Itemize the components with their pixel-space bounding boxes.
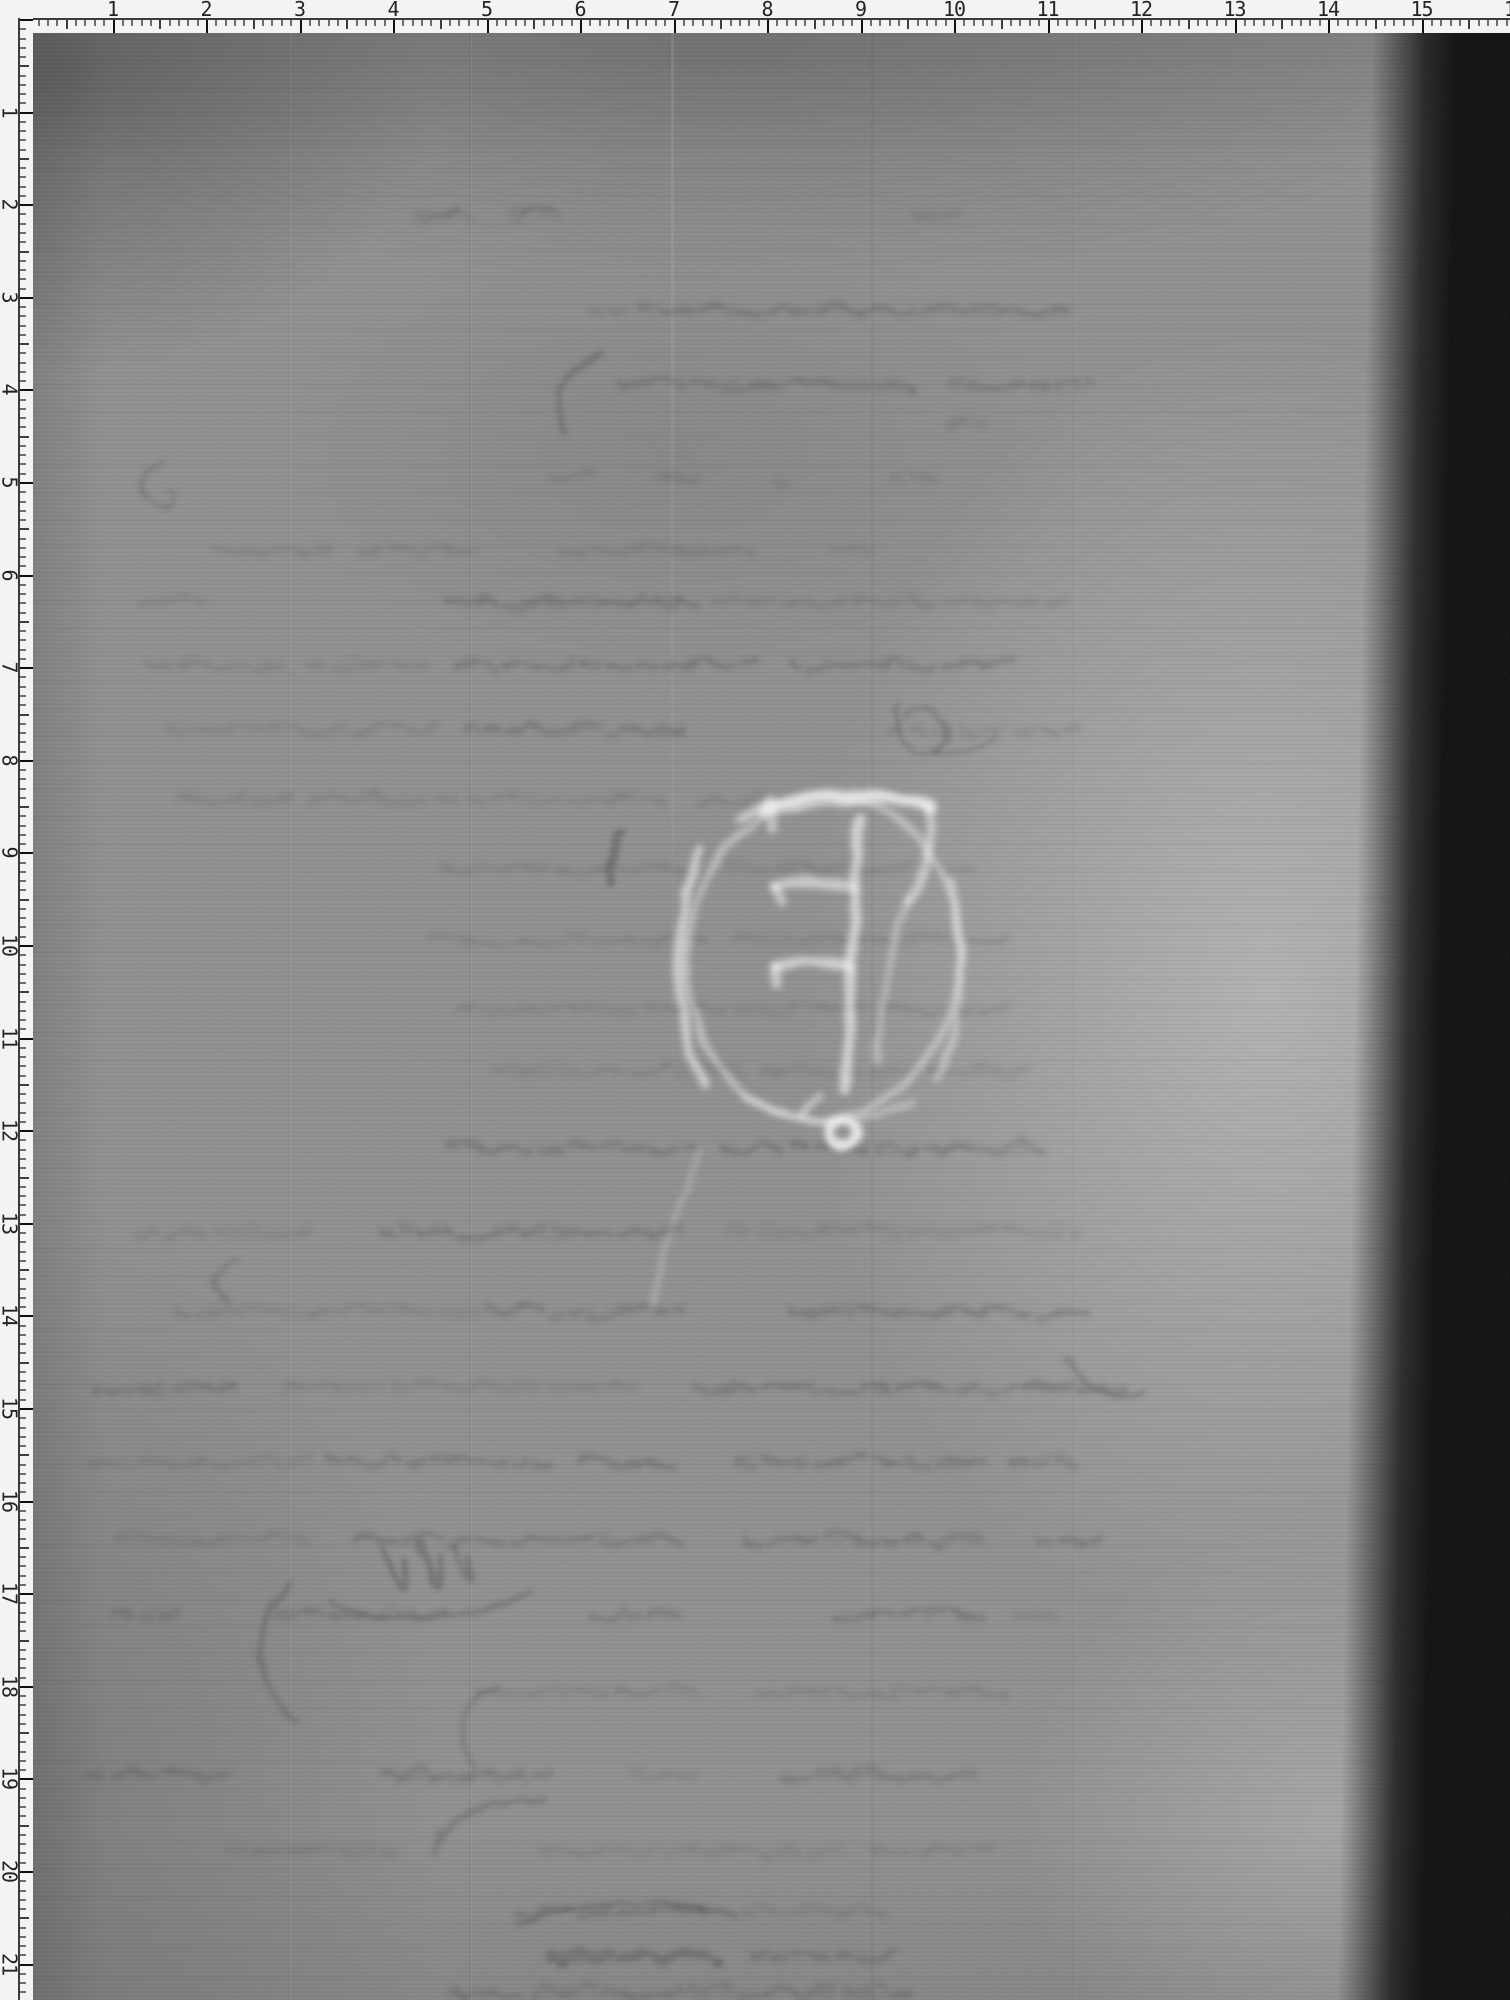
ruler-tick [1384, 18, 1386, 26]
ruler-tick [18, 658, 26, 660]
ruler-tick [18, 371, 26, 373]
ruler-tick [18, 1927, 26, 1929]
ruler-tick [94, 18, 96, 26]
ruler-tick [664, 18, 666, 26]
ruler-tick [18, 121, 26, 123]
ruler-tick [18, 473, 26, 475]
ruler-tick [1066, 18, 1068, 26]
ruler-tick [18, 1121, 26, 1123]
ruler-tick [18, 1741, 26, 1743]
ruler-tick [18, 510, 26, 512]
ruler-tick [18, 1204, 26, 1206]
ruler-tick [739, 18, 741, 26]
ruler-tick [1291, 18, 1293, 26]
ruler-tick [823, 18, 825, 26]
ruler-tick [18, 269, 26, 271]
ruler-tick [18, 47, 26, 49]
ruler-tick [18, 408, 26, 410]
ruler-tick [18, 1251, 26, 1253]
ruler-tick [1468, 18, 1470, 29]
ruler-tick [18, 889, 26, 891]
ruler-tick [18, 1602, 26, 1604]
ruler-tick [18, 1065, 26, 1067]
chain-line [288, 33, 291, 2000]
ruler-tick [18, 556, 26, 558]
ruler-label: 18 [1, 1675, 18, 1697]
ruler-tick [18, 1084, 29, 1086]
ruler-tick [290, 18, 292, 26]
ruler-tick [18, 1232, 26, 1234]
ruler-tick [1150, 18, 1152, 26]
chain-line [1073, 33, 1076, 2000]
ruler-tick [18, 380, 26, 382]
ruler-label: 15 [1, 1397, 18, 1419]
ruler-tick [18, 56, 26, 58]
ruler-tick [18, 251, 29, 253]
ruler-tick [1178, 18, 1180, 26]
ruler-tick [18, 195, 26, 197]
ruler-tick [18, 1788, 26, 1790]
ruler-label: 19 [1, 1767, 18, 1789]
scan-background [1323, 33, 1510, 2000]
ruler-tick [318, 18, 320, 26]
ruler-tick [18, 1075, 26, 1077]
ruler-tick [1356, 18, 1358, 26]
ruler-tick [720, 18, 722, 29]
ruler-tick [515, 18, 517, 26]
ruler-tick [18, 612, 26, 614]
ruler-tick [1085, 18, 1087, 26]
ruler-tick [18, 1149, 26, 1151]
ruler-tick [18, 1825, 29, 1827]
ruler-tick [18, 1723, 26, 1725]
ruler-tick [982, 18, 984, 26]
chain-line [871, 33, 874, 2000]
ruler-tick [18, 28, 26, 30]
ruler-tick [991, 18, 993, 26]
ruler-tick [1319, 18, 1321, 26]
ruler-label: 10 [1, 934, 18, 956]
ruler-tick [468, 18, 470, 26]
ruler-tick [18, 139, 26, 141]
ruler-label: 1 [107, 1, 118, 18]
ruler-tick [692, 18, 694, 26]
ruler-tick [18, 1362, 29, 1364]
ruler-tick [1225, 18, 1227, 26]
ruler-tick [215, 18, 217, 26]
ruler-tick [18, 815, 26, 817]
ruler-tick [804, 18, 806, 26]
ruler-tick [169, 18, 171, 26]
ruler-tick [1337, 18, 1339, 26]
ruler-tick [18, 843, 26, 845]
ruler-tick [18, 1389, 26, 1391]
ruler-tick [1113, 18, 1115, 26]
ruler-tick [1300, 18, 1302, 26]
ruler-tick [18, 676, 26, 678]
ruler-tick [18, 825, 26, 827]
ruler-tick [18, 445, 26, 447]
ruler-label: 7 [668, 1, 679, 18]
ruler-tick [18, 936, 26, 938]
ruler-tick [18, 38, 26, 40]
ruler-tick [18, 723, 26, 725]
ruler-tick [18, 1621, 26, 1623]
ruler-tick [281, 18, 283, 26]
ruler-tick [851, 18, 853, 26]
ruler-label: 3 [294, 1, 305, 18]
ruler-tick [18, 1751, 26, 1753]
ruler-tick [1496, 18, 1498, 26]
ruler-tick [1104, 18, 1106, 26]
ruler-tick [18, 871, 26, 873]
ruler-tick [18, 982, 26, 984]
ruler-tick [18, 362, 26, 364]
ruler-tick [18, 454, 26, 456]
ruler-tick [18, 1019, 26, 1021]
ruler-tick [18, 1399, 26, 1401]
ruler-tick [18, 306, 26, 308]
ruler-tick [18, 426, 26, 428]
ruler-tick [18, 991, 29, 993]
ruler-tick [18, 630, 26, 632]
ruler-tick [1393, 18, 1395, 26]
ruler-tick [1309, 18, 1311, 26]
ruler-tick [1244, 18, 1246, 26]
ruler-tick [18, 880, 26, 882]
ruler-tick [18, 1186, 26, 1188]
ruler-tick [18, 926, 26, 928]
ruler-tick [1253, 18, 1255, 26]
ruler-label: 11 [1036, 1, 1058, 18]
ruler-tick [1057, 18, 1059, 26]
ruler-tick [842, 18, 844, 26]
ruler-tick [18, 649, 26, 651]
ruler-tick [131, 18, 133, 26]
ruler-tick [18, 1862, 26, 1864]
ruler-tick [18, 1112, 26, 1114]
ruler-tick [141, 18, 143, 26]
ruler-tick [18, 1093, 26, 1095]
ruler-tick [18, 1547, 29, 1549]
ruler-tick [18, 1760, 26, 1762]
ruler-tick [1365, 18, 1367, 26]
ruler-tick [1206, 18, 1208, 26]
ruler-tick [1169, 18, 1171, 26]
ruler-tick [608, 18, 610, 26]
ruler-tick [1076, 18, 1078, 26]
ruler-tick [18, 1454, 29, 1456]
ruler-tick [18, 241, 26, 243]
ruler-top: 012345678910111213141516 [0, 0, 1510, 33]
ruler-tick [18, 501, 26, 503]
ruler-tick [758, 18, 760, 26]
ruler-label: 7 [1, 662, 18, 673]
ruler-label: 14 [1, 1304, 18, 1326]
ruler-tick [18, 732, 26, 734]
ruler-tick [963, 18, 965, 26]
ruler-tick [18, 1565, 26, 1567]
ruler-tick [18, 1352, 26, 1354]
ruler-tick [18, 1704, 26, 1706]
ruler-tick [1094, 18, 1096, 29]
ruler-tick [524, 18, 526, 26]
ruler-tick [711, 18, 713, 26]
ruler-tick [18, 278, 26, 280]
ruler-tick [18, 1630, 26, 1632]
ruler-tick [18, 1945, 26, 1947]
ruler-tick [337, 18, 339, 26]
ruler-tick [18, 1010, 26, 1012]
ruler-tick [18, 167, 26, 169]
ruler-tick [18, 1899, 26, 1901]
ruler-tick [505, 18, 507, 26]
ruler-tick [898, 18, 900, 26]
ruler-tick [262, 18, 264, 26]
ruler-tick [18, 1491, 26, 1493]
ruler-tick [18, 1612, 26, 1614]
ruler-tick [18, 102, 26, 104]
ruler-tick [571, 18, 573, 26]
ruler-tick [178, 18, 180, 26]
ruler-tick [18, 1852, 26, 1854]
ruler-label: 3 [1, 291, 18, 302]
ruler-tick [18, 1843, 26, 1845]
ruler-tick [1160, 18, 1162, 26]
ruler-tick [18, 186, 26, 188]
ruler-tick [1375, 18, 1377, 29]
ruler-tick [18, 1028, 26, 1030]
ruler-tick [730, 18, 732, 26]
ruler-tick [18, 1658, 26, 1660]
ruler-tick [18, 621, 29, 623]
ruler-tick [18, 973, 26, 975]
ruler-tick [533, 18, 535, 29]
ruler-tick [18, 1260, 26, 1262]
ruler-tick [187, 18, 189, 26]
ruler-tick [18, 223, 26, 225]
ruler-tick [935, 18, 937, 26]
ruler-label: 14 [1317, 1, 1339, 18]
ruler-tick [1459, 18, 1461, 26]
ruler-tick [1038, 18, 1040, 26]
ruler-label: 9 [855, 1, 866, 18]
ruler-label: 12 [1, 1119, 18, 1141]
ruler-tick [18, 1473, 26, 1475]
ruler-label: 15 [1410, 1, 1432, 18]
ruler-tick [18, 1991, 26, 1993]
ruler-tick [18, 1890, 26, 1892]
ruler-tick [421, 18, 423, 26]
manuscript-paper [33, 33, 1510, 2000]
ruler-tick [56, 18, 58, 26]
ruler-tick [973, 18, 975, 26]
ruler-tick [18, 547, 26, 549]
ruler-tick [384, 18, 386, 26]
ruler-tick [496, 18, 498, 26]
ruler-tick [18, 176, 26, 178]
ruler-tick [18, 1908, 26, 1910]
ruler-tick [683, 18, 685, 26]
ruler-tick [18, 1640, 29, 1642]
ruler-label: 21 [1, 1953, 18, 1975]
ruler-tick [18, 1464, 26, 1466]
ruler-tick [18, 964, 26, 966]
ruler-tick [225, 18, 227, 26]
ruler-tick [18, 158, 29, 160]
ruler-tick [18, 954, 26, 956]
ruler-tick [18, 593, 26, 595]
ruler-tick [1431, 18, 1433, 26]
ruler-tick [617, 18, 619, 26]
ruler-tick [18, 93, 26, 95]
ruler-tick [18, 1445, 26, 1447]
ruler-tick [18, 1371, 26, 1373]
ruler-tick [18, 315, 26, 317]
ruler-tick [18, 1343, 26, 1345]
ruler-tick [926, 18, 928, 26]
ruler-tick [18, 565, 26, 567]
ruler-tick [18, 1649, 26, 1651]
ruler-tick [18, 639, 26, 641]
ruler-tick [271, 18, 273, 26]
ruler-tick [402, 18, 404, 26]
ruler-tick [18, 1584, 26, 1586]
ruler-tick [18, 1380, 26, 1382]
ruler-tick [1450, 18, 1452, 26]
ruler-tick [18, 1667, 26, 1669]
ruler-tick [18, 1880, 26, 1882]
ruler-tick [18, 1167, 26, 1169]
ruler-tick [18, 862, 26, 864]
ruler-tick [18, 686, 26, 688]
ruler-tick [748, 18, 750, 26]
ruler-tick [328, 18, 330, 26]
ruler-tick [1132, 18, 1134, 26]
ruler-tick [18, 1982, 26, 1984]
ruler-tick [412, 18, 414, 26]
watermark-scan-image: 012345678910111213141516 123456789101112… [0, 0, 1510, 2000]
ruler-label: 9 [1, 847, 18, 858]
ruler-tick [18, 1278, 26, 1280]
ruler-tick [18, 1056, 26, 1058]
fold-line [469, 33, 472, 2000]
ruler-tick [18, 149, 26, 151]
ruler-tick [18, 1297, 26, 1299]
ruler-tick [18, 213, 26, 215]
ruler-tick [18, 1195, 26, 1197]
ruler-tick [1010, 18, 1012, 26]
ruler-tick [702, 18, 704, 26]
ruler-tick [18, 899, 29, 901]
ruler-tick [309, 18, 311, 26]
ruler-tick [18, 1325, 26, 1327]
ruler-tick [18, 1519, 26, 1521]
ruler-tick [1281, 18, 1283, 29]
ruler-tick [1347, 18, 1349, 26]
ruler-tick [18, 1001, 26, 1003]
ruler-tick [18, 75, 26, 77]
ruler-tick [18, 1214, 26, 1216]
ruler-tick [18, 1815, 26, 1817]
ruler-tick [18, 704, 26, 706]
ruler-tick [18, 908, 26, 910]
ruler-tick [18, 1714, 26, 1716]
ruler-tick [655, 18, 657, 26]
ruler-tick [18, 806, 29, 808]
ruler-tick [18, 343, 29, 345]
ruler-label: 20 [1, 1860, 18, 1882]
ruler-tick [18, 352, 26, 354]
ruler-tick [1403, 18, 1405, 26]
ruler-label: 16 [1504, 1, 1510, 18]
ruler-tick [636, 18, 638, 26]
ruler-tick [75, 18, 77, 26]
ruler-tick [18, 538, 26, 540]
ruler-tick [18, 325, 26, 327]
ruler-tick [889, 18, 891, 26]
ruler-tick [599, 18, 601, 26]
ruler-tick [18, 1936, 26, 1938]
ruler-tick [365, 18, 367, 26]
ruler-tick [18, 84, 26, 86]
ruler-tick [346, 18, 348, 29]
ruler-tick [1029, 18, 1031, 26]
ruler-tick [18, 1917, 29, 1919]
ruler-tick [543, 18, 545, 26]
ruler-tick [18, 1510, 26, 1512]
ruler-tick [1478, 18, 1480, 26]
ruler-tick [356, 18, 358, 26]
ruler-tick [1263, 18, 1265, 26]
ruler-tick [18, 1528, 26, 1530]
ruler-tick [18, 1139, 26, 1141]
ruler-label: 5 [1, 476, 18, 487]
ruler-tick [18, 1954, 26, 1956]
ruler-label: 6 [1, 569, 18, 580]
ruler-label: 13 [1, 1212, 18, 1234]
ruler-tick [477, 18, 479, 26]
ruler-tick [645, 18, 647, 26]
ruler-tick [18, 1047, 26, 1049]
ruler-tick [1412, 18, 1414, 26]
chain-line [671, 33, 674, 1183]
ruler-tick [589, 18, 591, 26]
ruler-tick [18, 1538, 26, 1540]
ruler-tick [18, 519, 26, 521]
ruler-tick [18, 1436, 26, 1438]
ruler-tick [159, 18, 161, 29]
ruler-label: 11 [1, 1027, 18, 1049]
ruler-tick [18, 1427, 26, 1429]
ruler-tick [18, 1269, 29, 1271]
ruler-tick [776, 18, 778, 26]
ruler-label: 13 [1223, 1, 1245, 18]
ruler-label: 17 [1, 1582, 18, 1604]
ruler-tick [907, 18, 909, 29]
ruler-tick [1272, 18, 1274, 26]
ruler-tick [1001, 18, 1003, 29]
ruler-tick [18, 1732, 29, 1734]
ruler-tick [18, 1177, 29, 1179]
ruler-tick [18, 602, 26, 604]
ruler-tick [18, 1102, 26, 1104]
ruler-tick [18, 769, 26, 771]
ruler-label: 4 [1, 384, 18, 395]
ruler-tick [18, 417, 26, 419]
ruler-tick [18, 1677, 26, 1679]
ruler-tick [561, 18, 563, 26]
